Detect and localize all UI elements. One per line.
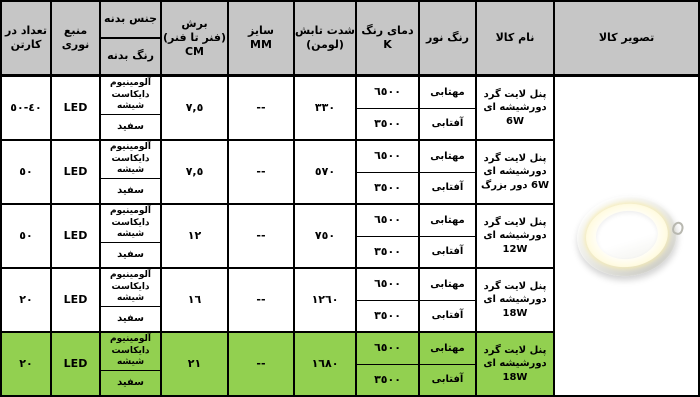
- color-temp-warm: ٣٥٠٠: [357, 173, 418, 204]
- size-cell: --: [229, 77, 295, 139]
- cut-diameter-cell: ١٦: [162, 269, 229, 331]
- color-temp-warm: ٣٥٠٠: [357, 301, 418, 332]
- body-cell: آلومینیوم دایکاست شیشه سفید: [101, 77, 162, 139]
- color-temp-cell: ٦٥٠٠ ٣٥٠٠: [357, 269, 420, 331]
- color-temp-warm: ٣٥٠٠: [357, 237, 418, 268]
- body-material-value: آلومینیوم دایکاست شیشه: [101, 141, 160, 179]
- light-color-cell: مهتابی آفتابی: [420, 141, 477, 203]
- light-color-warm: آفتابی: [420, 173, 475, 204]
- body-cell: آلومینیوم دایکاست شیشه سفید: [101, 333, 162, 395]
- header-light-color: رنگ نور: [420, 2, 477, 74]
- lumens-cell: ٥٧٠: [295, 141, 357, 203]
- lumens-cell: ١٢٦٠: [295, 269, 357, 331]
- light-color-warm: آفتابی: [420, 301, 475, 332]
- carton-qty-cell: ٥٠: [2, 205, 52, 267]
- header-product-name: نام کالا: [477, 2, 555, 74]
- color-temp-cell: ٦٥٠٠ ٣٥٠٠: [357, 141, 420, 203]
- light-source-cell: LED: [52, 205, 101, 267]
- product-spec-table: تعداد در کارتن منبع نوری جنس بدنه رنگ بد…: [0, 0, 700, 397]
- panel-light-photo: [572, 190, 681, 282]
- color-temp-cell: ٦٥٠٠ ٣٥٠٠: [357, 77, 420, 139]
- product-name-cell: پنل لایت گرد دورشیشه ای 6W: [477, 77, 555, 139]
- lumens-cell: ٧٥٠: [295, 205, 357, 267]
- light-color-cell: مهتابی آفتابی: [420, 77, 477, 139]
- carton-qty-cell: ٢٠: [2, 269, 52, 331]
- light-color-cool: مهتابی: [420, 269, 475, 301]
- color-temp-cool: ٦٥٠٠: [357, 269, 418, 301]
- header-color-temp: دمای رنگ K: [357, 2, 420, 74]
- body-color-value: سفید: [101, 243, 160, 267]
- size-cell: --: [229, 141, 295, 203]
- light-color-cell: مهتابی آفتابی: [420, 333, 477, 395]
- color-temp-cell: ٦٥٠٠ ٣٥٠٠: [357, 333, 420, 395]
- carton-qty-cell: ٥٠: [2, 141, 52, 203]
- body-color-value: سفید: [101, 179, 160, 203]
- table-rows: ٤٠-٥٠ LED آلومینیوم دایکاست شیشه سفید ٧,…: [2, 77, 555, 395]
- header-cut-diameter: برش (فنر تا فنر) CM: [162, 2, 229, 74]
- light-color-cool: مهتابی: [420, 333, 475, 365]
- body-material-value: آلومینیوم دایکاست شیشه: [101, 333, 160, 371]
- body-material-value: آلومینیوم دایکاست شیشه: [101, 77, 160, 115]
- body-color-value: سفید: [101, 307, 160, 331]
- color-temp-cool: ٦٥٠٠: [357, 141, 418, 173]
- light-color-cool: مهتابی: [420, 141, 475, 173]
- lumens-cell: ١٦٨٠: [295, 333, 357, 395]
- header-size: سایز MM: [229, 2, 295, 74]
- light-source-cell: LED: [52, 269, 101, 331]
- product-name-cell: پنل لایت گرد دورشیشه ای 12W: [477, 205, 555, 267]
- body-color-value: سفید: [101, 115, 160, 139]
- table-row: ٤٠-٥٠ LED آلومینیوم دایکاست شیشه سفید ٧,…: [2, 77, 555, 141]
- header-per-carton: تعداد در کارتن: [2, 2, 52, 74]
- light-color-cell: مهتابی آفتابی: [420, 269, 477, 331]
- light-color-warm: آفتابی: [420, 365, 475, 396]
- body-color-value: سفید: [101, 371, 160, 395]
- body-material-value: آلومینیوم دایکاست شیشه: [101, 205, 160, 243]
- light-source-cell: LED: [52, 77, 101, 139]
- light-source-cell: LED: [52, 141, 101, 203]
- light-source-cell: LED: [52, 333, 101, 395]
- size-cell: --: [229, 333, 295, 395]
- light-color-cool: مهتابی: [420, 205, 475, 237]
- header-light-source: منبع نوری: [52, 2, 101, 74]
- color-temp-warm: ٣٥٠٠: [357, 109, 418, 140]
- body-cell: آلومینیوم دایکاست شیشه سفید: [101, 141, 162, 203]
- table-header-row: تعداد در کارتن منبع نوری جنس بدنه رنگ بد…: [2, 2, 698, 77]
- light-color-warm: آفتابی: [420, 237, 475, 268]
- table-body: ٤٠-٥٠ LED آلومینیوم دایکاست شیشه سفید ٧,…: [2, 77, 698, 395]
- color-temp-cool: ٦٥٠٠: [357, 333, 418, 365]
- size-cell: --: [229, 205, 295, 267]
- product-name-cell: پنل لایت گرد دورشیشه ای 18W: [477, 269, 555, 331]
- carton-qty-cell: ٢٠: [2, 333, 52, 395]
- light-color-cool: مهتابی: [420, 77, 475, 109]
- color-temp-warm: ٣٥٠٠: [357, 365, 418, 396]
- cut-diameter-cell: ٧,٥: [162, 77, 229, 139]
- header-body-color: رنگ بدنه: [101, 39, 160, 74]
- body-cell: آلومینیوم دایکاست شیشه سفید: [101, 269, 162, 331]
- lumens-cell: ٣٣٠: [295, 77, 357, 139]
- body-material-value: آلومینیوم دایکاست شیشه: [101, 269, 160, 307]
- table-row: ٥٠ LED آلومینیوم دایکاست شیشه سفید ١٢ --…: [2, 205, 555, 269]
- header-body: جنس بدنه رنگ بدنه: [101, 2, 162, 74]
- color-temp-cell: ٦٥٠٠ ٣٥٠٠: [357, 205, 420, 267]
- size-cell: --: [229, 269, 295, 331]
- carton-qty-cell: ٤٠-٥٠: [2, 77, 52, 139]
- light-color-cell: مهتابی آفتابی: [420, 205, 477, 267]
- cut-diameter-cell: ٧,٥: [162, 141, 229, 203]
- product-name-cell: پنل لایت گرد دورشیشه ای 18W: [477, 333, 555, 395]
- header-product-image: تصویر کالا: [555, 2, 698, 74]
- color-temp-cool: ٦٥٠٠: [357, 77, 418, 109]
- header-lumens: شدت تابش (لومن): [295, 2, 357, 74]
- product-image-cell: [555, 77, 698, 395]
- header-body-material: جنس بدنه: [101, 2, 160, 39]
- table-row: ٥٠ LED آلومینیوم دایکاست شیشه سفید ٧,٥ -…: [2, 141, 555, 205]
- table-row-highlighted: ٢٠ LED آلومینیوم دایکاست شیشه سفید ٢١ --…: [2, 333, 555, 395]
- color-temp-cool: ٦٥٠٠: [357, 205, 418, 237]
- cut-diameter-cell: ٢١: [162, 333, 229, 395]
- light-color-warm: آفتابی: [420, 109, 475, 140]
- cut-diameter-cell: ١٢: [162, 205, 229, 267]
- body-cell: آلومینیوم دایکاست شیشه سفید: [101, 205, 162, 267]
- table-row: ٢٠ LED آلومینیوم دایکاست شیشه سفید ١٦ --…: [2, 269, 555, 333]
- product-name-cell: پنل لایت گرد دورشیشه ای 6W دور بزرگ: [477, 141, 555, 203]
